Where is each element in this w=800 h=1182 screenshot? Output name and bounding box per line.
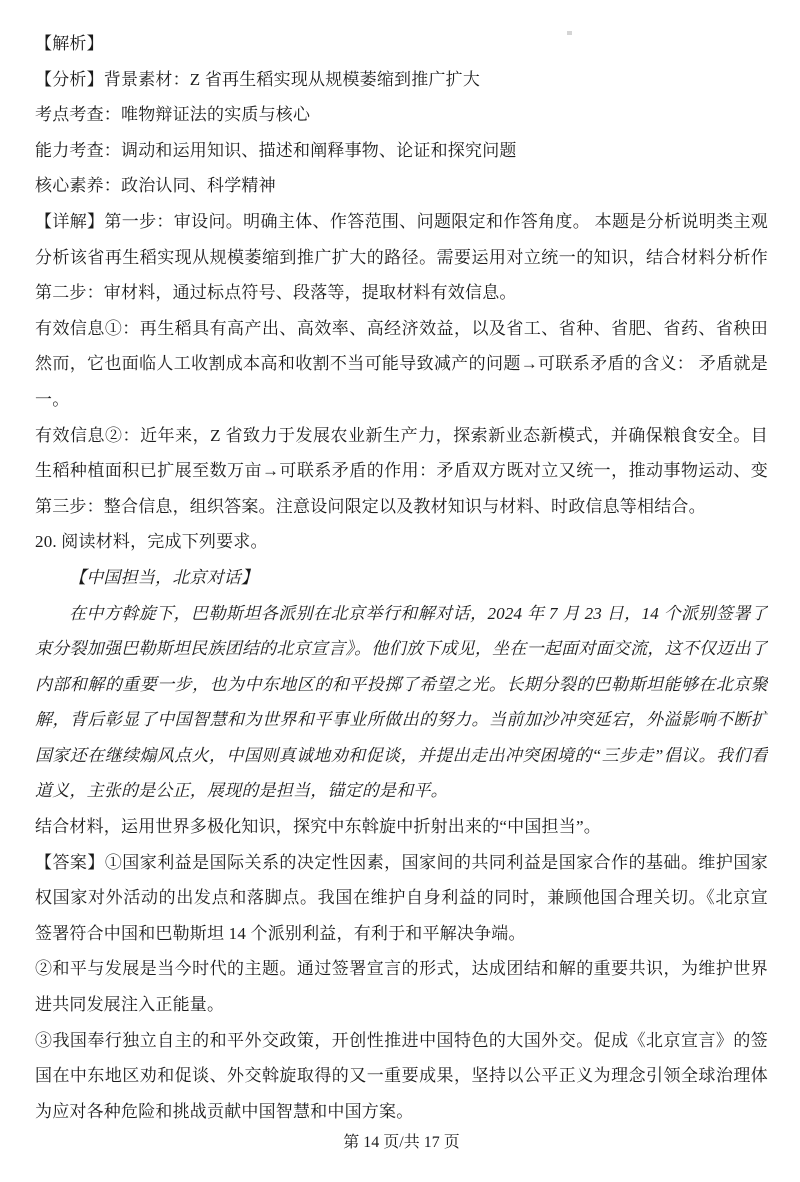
xiangjie-line: 【详解】第一步：审设问。明确主体、作答范围、问题限定和作答角度。 本题是分析说明… (35, 204, 768, 240)
xiangjie-line: 有效信息②：近年来，Z 省致力于发展农业新生产力，探索新业态新模式，并确保粮食安… (35, 418, 768, 454)
answer-line: ②和平与发展是当今时代的主题。通过签署宣言的形式，达成团结和解的重要共识，为维护… (35, 951, 768, 987)
analysis-background-line: 【分析】背景素材：Z 省再生稻实现从规模萎缩到推广扩大 (35, 62, 768, 98)
question-task: 结合材料，运用世界多极化知识，探究中东斡旋中折射出来的“中国担当”。 (35, 809, 768, 845)
analysis-nengli-line: 能力考查：调动和运用知识、描述和阐释事物、论证和探究问题 (35, 133, 768, 169)
material-line: 国家还在继续煽风点火，中国则真诚地劝和促谈，并提出走出冲突困境的“三步走”倡议。… (35, 738, 768, 774)
xiangjie-line: 分析该省再生稻实现从规模萎缩到推广扩大的路径。需要运用对立统一的知识，结合材料分… (35, 240, 768, 276)
xiangjie-line: 第三步：整合信息，组织答案。注意设问限定以及教材知识与材料、时政信息等相结合。 (35, 489, 768, 525)
material-line: 束分裂加强巴勒斯坦民族团结的北京宣言》。他们放下成见，坐在一起面对面交流，这不仅… (35, 631, 768, 667)
answer-line: 签署符合中国和巴勒斯坦 14 个派别利益，有利于和平解决争端。 (35, 916, 768, 952)
answer-line: ③我国奉行独立自主的和平外交政策，开创性推进中国特色的大国外交。促成《北京宣言》… (35, 1023, 768, 1059)
xiangjie-line: 生稻种植面积已扩展至数万亩→可联系矛盾的作用：矛盾双方既对立又统一，推动事物运动… (35, 453, 768, 489)
scan-artifact (567, 31, 572, 35)
material-title: 【中国担当，北京对话】 (35, 560, 768, 596)
xiangjie-line: 一。 (35, 382, 768, 418)
answer-line: 进共同发展注入正能量。 (35, 987, 768, 1023)
document-page: 【解析】 【分析】背景素材：Z 省再生稻实现从规模萎缩到推广扩大 考点考查：唯物… (0, 0, 800, 1182)
xiangjie-line: 第二步：审材料，通过标点符号、段落等，提取材料有效信息。 (35, 275, 768, 311)
material-line: 在中方斡旋下，巴勒斯坦各派别在北京举行和解对话，2024 年 7 月 23 日，… (35, 596, 768, 632)
answer-line: 国在中东地区劝和促谈、外交斡旋取得的又一重要成果，坚持以公平正义为理念引领全球治… (35, 1058, 768, 1094)
material-line: 道义，主张的是公正，展现的是担当，锚定的是和平。 (35, 773, 768, 809)
answer-line: 为应对各种危险和挑战贡献中国智慧和中国方案。 (35, 1094, 768, 1130)
answer-line: 【答案】①国家利益是国际关系的决定性因素，国家间的共同利益是国家合作的基础。维护… (35, 845, 768, 881)
page-footer: 第 14 页/共 17 页 (35, 1133, 768, 1153)
analysis-kaodian-line: 考点考查：唯物辩证法的实质与核心 (35, 97, 768, 133)
xiangjie-line: 然而，它也面临人工收割成本高和收割不当可能导致减产的问题→可联系矛盾的含义： 矛… (35, 346, 768, 382)
analysis-hexin-line: 核心素养：政治认同、科学精神 (35, 168, 768, 204)
question-stem: 20. 阅读材料，完成下列要求。 (35, 524, 768, 560)
xiangjie-line: 有效信息①：再生稻具有高产出、高效率、高经济效益，以及省工、省种、省肥、省药、省… (35, 311, 768, 347)
answer-line: 权国家对外活动的出发点和落脚点。我国在维护自身利益的同时，兼顾他国合理关切。《北… (35, 880, 768, 916)
material-line: 解，背后彰显了中国智慧和为世界和平事业所做出的努力。当前加沙冲突延宕，外溢影响不… (35, 702, 768, 738)
material-line: 内部和解的重要一步，也为中东地区的和平投掷了希望之光。长期分裂的巴勒斯坦能够在北… (35, 667, 768, 703)
analysis-header: 【解析】 (35, 26, 768, 62)
